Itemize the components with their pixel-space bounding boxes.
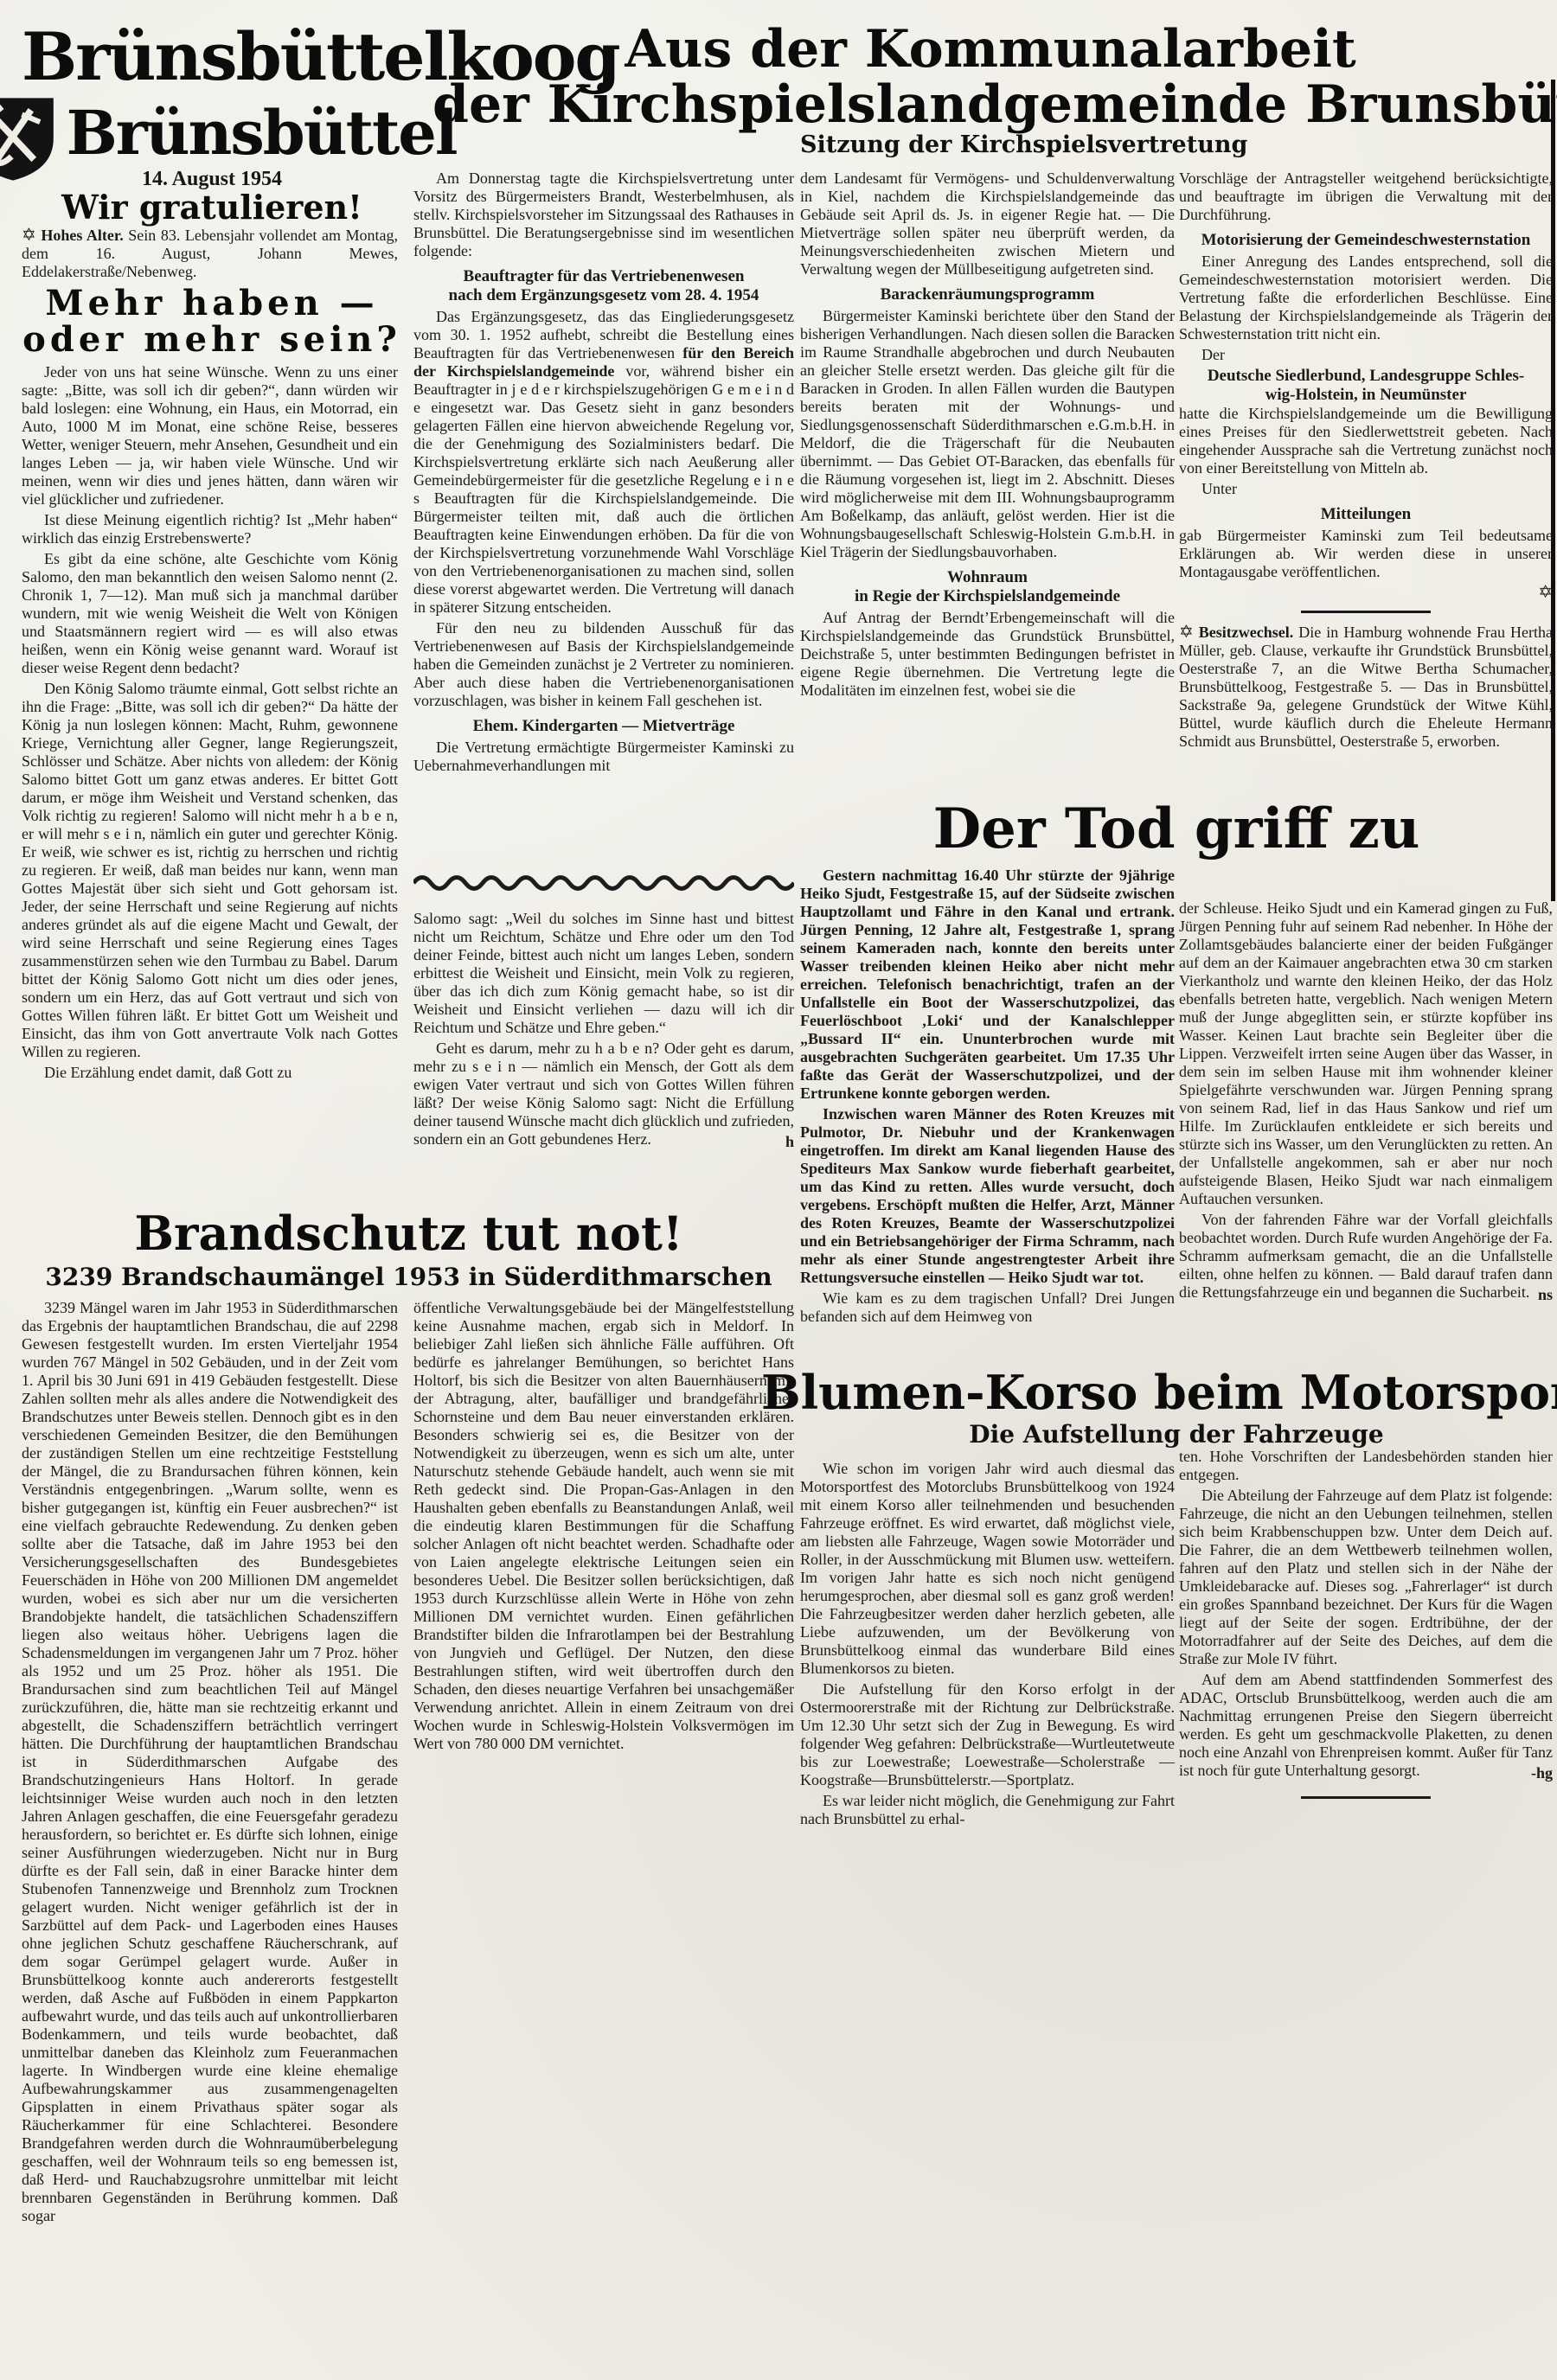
kommunal-headline-line2: der Kirchspielslandgemeinde Brunsbüttel [432, 78, 1548, 131]
paragraph: Den König Salomo träumte einmal, Gott se… [22, 680, 398, 1061]
korso-column-a: Wie schon im vorigen Jahr wird auch dies… [800, 1460, 1175, 1831]
masthead-row: Brünsbüttel [22, 90, 402, 176]
section-divider [1301, 611, 1431, 613]
tod-headline: Der Tod griff zu [800, 801, 1553, 858]
paragraph: der Schleuse. Heiko Sjudt und ein Kamera… [1179, 899, 1553, 1208]
korso-headline: Blumen-Korso beim Motorsportfest [761, 1368, 1553, 1417]
paragraph: Wie kam es zu dem tragischen Unfall? Dre… [800, 1289, 1175, 1326]
korso-subhead: Die Aufstellung der Fahrzeuge [800, 1420, 1553, 1449]
besitzwechsel-paragraph: ✡ Besitzwechsel. Die in Hamburg wohnende… [1179, 624, 1553, 751]
paragraph: Unter [1179, 480, 1553, 498]
paragraph: gab Bürgermeister Kaminski zum Teil bede… [1179, 527, 1553, 581]
paragraph: Es gibt da eine schöne, alte Geschichte … [22, 550, 398, 677]
kommunal-column-4: Vorschläge der Antragsteller weitgehend … [1179, 170, 1553, 753]
gratulieren-heading: Wir gratulieren! [22, 190, 402, 225]
star-icon: ✡ [1179, 623, 1194, 642]
masthead-title-line2: Brünsbüttel [67, 103, 457, 163]
brandschutz-column-b: öffentliche Verwaltungsgebäude bei der M… [413, 1299, 794, 1756]
paragraph: Ist diese Meinung eigentlich richtig? Is… [22, 511, 398, 547]
end-divider [1301, 1796, 1431, 1799]
paragraph: Es war leider nicht möglich, die Genehmi… [800, 1792, 1175, 1828]
paragraph: hatte die Kirchspielslandgemeinde um die… [1179, 405, 1553, 477]
subhead-vertriebenenwesen: Beauftragter für das Vertriebenenwesen n… [413, 267, 794, 305]
subhead-wohnraum: Wohnraum in Regie der Kirchspielslandgem… [800, 568, 1175, 606]
paragraph: öffentliche Verwaltungsgebäude bei der M… [413, 1299, 794, 1753]
tod-column-b: der Schleuse. Heiko Sjudt und ein Kamera… [1179, 899, 1553, 1307]
wavy-divider [413, 875, 794, 891]
page-edge-rule [1551, 80, 1555, 901]
paragraph: Das Ergänzungsgesetz, das das Einglieder… [413, 308, 794, 617]
paragraph: ten. Hohe Vorschriften der Landesbehörde… [1179, 1448, 1553, 1484]
subhead-mitteilungen: Mitteilungen [1179, 505, 1553, 524]
paragraph: Wie schon im vorigen Jahr wird auch dies… [800, 1460, 1175, 1678]
besitzwechsel-text: Die in Hamburg wohnende Frau Hertha Müll… [1179, 624, 1553, 750]
paragraph: Für den neu zu bildenden Ausschuß für da… [413, 619, 794, 710]
korso-column-b: ten. Hohe Vorschriften der Landesbehörde… [1179, 1448, 1553, 1809]
mehr-haben-heading-line2: oder mehr sein? [22, 322, 402, 358]
paragraph: Die Vertretung ermächtigte Bürgermeister… [413, 739, 794, 775]
paragraph: dem Landesamt für Vermögens- und Schulde… [800, 170, 1175, 278]
star-icon: ✡ [22, 226, 36, 245]
subhead-siedlerbund: Deutsche Siedlerbund, Landesgruppe Schle… [1179, 367, 1553, 405]
paragraph: Am Donnerstag tagte die Kirchspielsvertr… [413, 170, 794, 260]
newspaper-page: Brünsbüttelkoog Brünsbüttel 14. August 1… [0, 0, 1557, 2380]
brandschutz-headline: Brandschutz tut not! [22, 1209, 796, 1257]
masthead-title-line1: Brünsbüttelkoog [22, 24, 402, 90]
paragraph: Die Erzählung endet damit, daß Gott zu [22, 1064, 398, 1082]
paragraph: 3239 Mängel waren im Jahr 1953 in Süderd… [22, 1299, 398, 2225]
subhead-kindergarten: Ehem. Kindergarten — Mietverträge [413, 717, 794, 736]
paragraph: Salomo sagt: „Weil du solches im Sinne h… [413, 910, 794, 1037]
paragraph: Von der fahrenden Fähre war der Vorfall … [1179, 1211, 1553, 1302]
paragraph: Der [1179, 346, 1553, 364]
gratulieren-lead: Hohes Alter. [41, 227, 123, 244]
paragraph: Die Aufstellung für den Korso erfolgt in… [800, 1680, 1175, 1789]
paragraph: Jeder von uns hat seine Wünsche. Wenn zu… [22, 363, 398, 509]
paragraph: Inzwischen waren Männer des Roten Kreuze… [800, 1105, 1175, 1287]
subhead-motorisierung: Motorisierung der Gemeindeschwesternstat… [1179, 231, 1553, 250]
paragraph: Einer Anregung des Landes entsprechend, … [1179, 253, 1553, 343]
subhead-barackenraeumung: Barackenräumungsprogramm [800, 285, 1175, 304]
mehr-haben-heading-line1: Mehr haben — [22, 285, 402, 322]
mehr-haben-continuation-column: Salomo sagt: „Weil du solches im Sinne h… [413, 910, 794, 1154]
paragraph: Auf Antrag der Berndt’Erbengemeinschaft … [800, 609, 1175, 700]
tod-column-a: Gestern nachmittag 16.40 Uhr stürzte der… [800, 867, 1175, 1328]
tod-lead-paragraph: Gestern nachmittag 16.40 Uhr stürzte der… [800, 867, 1175, 1103]
kommunal-column-2: Am Donnerstag tagte die Kirchspielsvertr… [413, 170, 794, 777]
besitzwechsel-lead: Besitzwechsel. [1199, 624, 1293, 641]
paragraph: Bürgermeister Kaminski berichtete über d… [800, 307, 1175, 561]
mehr-haben-column: Jeder von uns hat seine Wünsche. Wenn zu… [22, 363, 398, 1084]
kommunal-column-3: dem Landesamt für Vermögens- und Schulde… [800, 170, 1175, 702]
kommunal-subhead: Sitzung der Kirchspielsvertretung [800, 131, 1175, 158]
brandschutz-subhead: 3239 Brandschaumängel 1953 in Süderdithm… [22, 1263, 796, 1291]
brandschutz-column-a: 3239 Mängel waren im Jahr 1953 in Süderd… [22, 1299, 398, 2228]
paragraph: Vorschläge der Antragsteller weitgehend … [1179, 170, 1553, 224]
paragraph: Die Abteilung der Fahrzeuge auf dem Plat… [1179, 1487, 1553, 1668]
gratulieren-paragraph: ✡ Hohes Alter. Sein 83. Lebensjahr volle… [22, 227, 398, 284]
kommunal-headline-line1: Aus der Kommunalarbeit [432, 22, 1548, 76]
